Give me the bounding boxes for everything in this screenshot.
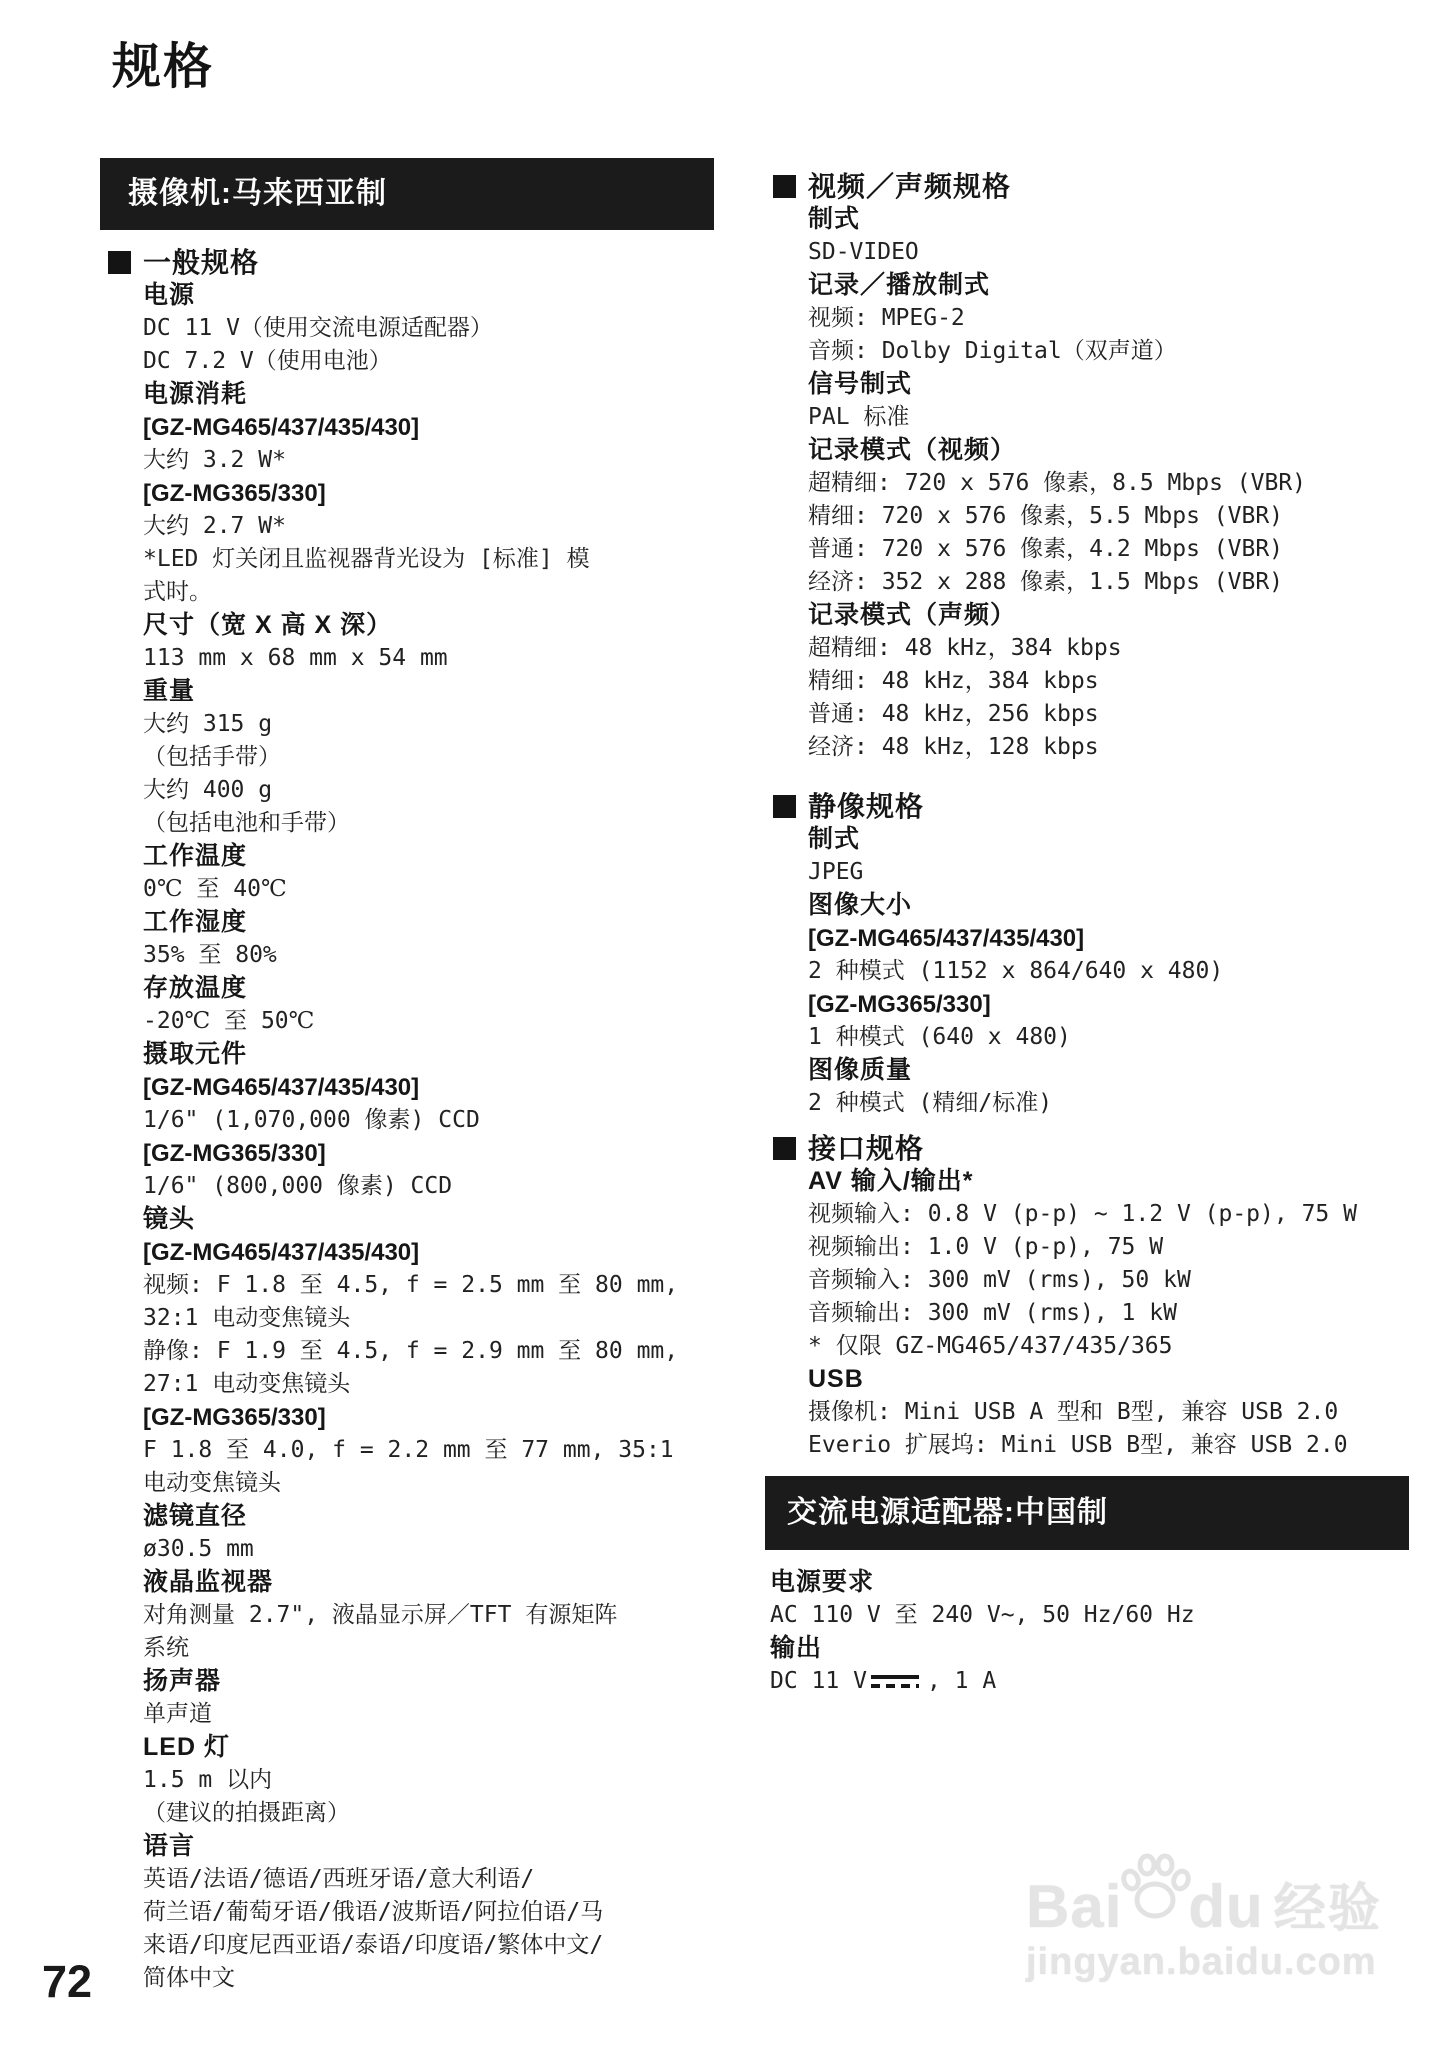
spec-value: -20℃ 至 50℃	[100, 1005, 714, 1038]
spec-value: 对角测量 2.7", 液晶显示屏／TFT 有源矩阵	[100, 1599, 714, 1632]
spec-value: 视频输入: 0.8 V (p-p) ~ 1.2 V (p-p), 75 W	[765, 1198, 1409, 1231]
spec-label: 扬声器	[100, 1665, 714, 1698]
page-title: 规格	[112, 28, 214, 98]
spec-value: ø30.5 mm	[100, 1533, 714, 1566]
page-number: 72	[42, 1956, 92, 2008]
spec-label: AV 输入/输出*	[765, 1165, 1409, 1198]
spec-value: （建议的拍摄距离）	[100, 1797, 714, 1830]
spec-value: 27:1 电动变焦镜头	[100, 1368, 714, 1401]
spec-label: 工作湿度	[100, 906, 714, 939]
spec-value: DC 11 V（使用交流电源适配器）	[100, 312, 714, 345]
spec-value: 超精细: 48 kHz，384 kbps	[765, 632, 1409, 665]
spec-value: 视频: F 1.8 至 4.5, f = 2.5 mm 至 80 mm,	[100, 1269, 714, 1302]
spec-value: 视频: MPEG-2	[765, 302, 1409, 335]
spec-value: 音频输出: 300 mV (rms), 1 kW	[765, 1297, 1409, 1330]
right-column: 视频／声频规格制式SD-VIDEO记录／播放制式视频: MPEG-2音频: Do…	[765, 170, 1409, 1698]
watermark-brand-cn: 经验	[1274, 1881, 1382, 1937]
spec-value: 视频输出: 1.0 V (p-p), 75 W	[765, 1231, 1409, 1264]
black-square-icon	[773, 1137, 796, 1160]
spec-value: 32:1 电动变焦镜头	[100, 1302, 714, 1335]
spec-value: 2 种模式 (1152 x 864/640 x 480)	[765, 955, 1409, 988]
direct-current-icon	[871, 1674, 919, 1689]
spec-value: 1/6" (800,000 像素) CCD	[100, 1170, 714, 1203]
section-header: 视频／声频规格	[765, 170, 1409, 203]
black-square-icon	[108, 251, 131, 274]
spec-value: 大约 315 g	[100, 708, 714, 741]
left-column: 摄像机:马来西亚制 一般规格电源DC 11 V（使用交流电源适配器）DC 7.2…	[100, 158, 714, 1995]
spec-label: LED 灯	[100, 1731, 714, 1764]
manual-page: 规格 摄像机:马来西亚制 一般规格电源DC 11 V（使用交流电源适配器）DC …	[0, 0, 1453, 2064]
spec-value: PAL 标准	[765, 401, 1409, 434]
spec-label: 记录模式（声频）	[765, 599, 1409, 632]
section-title: 静像规格	[808, 790, 924, 823]
spec-value: 电动变焦镜头	[100, 1467, 714, 1500]
spec-value: 35% 至 80%	[100, 939, 714, 972]
spec-value: 大约 3.2 W*	[100, 444, 714, 477]
black-square-icon	[773, 175, 796, 198]
section-title: 一般规格	[143, 246, 259, 279]
watermark-brand-left: Bai	[1026, 1877, 1122, 1937]
spec-value: 荷兰语/葡萄牙语/俄语/波斯语/阿拉伯语/马	[100, 1896, 714, 1929]
baidu-jingyan-watermark: Bai du 经验 jingyan.baidu.com	[1026, 1868, 1382, 1984]
model-name: [GZ-MG465/437/435/430]	[100, 1071, 714, 1104]
spec-value: 单声道	[100, 1698, 714, 1731]
spec-value: 普通: 720 x 576 像素，4.2 Mbps (VBR)	[765, 533, 1409, 566]
section-header: 静像规格	[765, 790, 1409, 823]
spec-label: 记录／播放制式	[765, 269, 1409, 302]
spec-label: 制式	[765, 203, 1409, 236]
spec-value: 系统	[100, 1632, 714, 1665]
spec-value: 摄像机: Mini USB A 型和 B型, 兼容 USB 2.0	[765, 1396, 1409, 1429]
spec-label: 镜头	[100, 1203, 714, 1236]
spec-label: 滤镜直径	[100, 1500, 714, 1533]
spec-label: 图像质量	[765, 1054, 1409, 1087]
spec-value: DC 7.2 V（使用电池）	[100, 345, 714, 378]
paw-print-icon	[1118, 1852, 1192, 1927]
spec-value: 113 mm x 68 mm x 54 mm	[100, 642, 714, 675]
spec-label: USB	[765, 1363, 1409, 1396]
spec-value: AC 110 V 至 240 V~, 50 Hz/60 Hz	[765, 1599, 1409, 1632]
spec-label: 电源消耗	[100, 378, 714, 411]
spec-label: 图像大小	[765, 889, 1409, 922]
spec-value: 普通: 48 kHz，256 kbps	[765, 698, 1409, 731]
spec-value: 1/6" (1,070,000 像素) CCD	[100, 1104, 714, 1137]
spec-value: 大约 400 g	[100, 774, 714, 807]
spec-value: 式时。	[100, 576, 714, 609]
spec-label: 液晶监视器	[100, 1566, 714, 1599]
camera-section-bar: 摄像机:马来西亚制	[100, 158, 714, 230]
model-name: [GZ-MG365/330]	[100, 1137, 714, 1170]
model-name: [GZ-MG465/437/435/430]	[765, 922, 1409, 955]
section-header: 接口规格	[765, 1132, 1409, 1165]
model-name: [GZ-MG465/437/435/430]	[100, 1236, 714, 1269]
spec-label: 存放温度	[100, 972, 714, 1005]
spec-value: 经济: 352 x 288 像素，1.5 Mbps (VBR)	[765, 566, 1409, 599]
spec-value: 2 种模式 (精细/标准)	[765, 1087, 1409, 1120]
spec-value: （包括电池和手带）	[100, 807, 714, 840]
model-name: [GZ-MG365/330]	[100, 1401, 714, 1434]
spec-value: 大约 2.7 W*	[100, 510, 714, 543]
spec-value: 简体中文	[100, 1962, 714, 1995]
spec-value: 1 种模式 (640 x 480)	[765, 1021, 1409, 1054]
spec-value: *LED 灯关闭且监视器背光设为 [标准] 模	[100, 543, 714, 576]
spec-value: 1.5 m 以内	[100, 1764, 714, 1797]
spec-label: 工作温度	[100, 840, 714, 873]
spec-value: 音频输入: 300 mV (rms), 50 kW	[765, 1264, 1409, 1297]
spec-label: 重量	[100, 675, 714, 708]
model-name: [GZ-MG465/437/435/430]	[100, 411, 714, 444]
model-name: [GZ-MG365/330]	[100, 477, 714, 510]
spec-value: 来语/印度尼西亚语/泰语/印度语/繁体中文/	[100, 1929, 714, 1962]
camera-spec-lines: 一般规格电源DC 11 V（使用交流电源适配器）DC 7.2 V（使用电池）电源…	[100, 246, 714, 1995]
spec-value: JPEG	[765, 856, 1409, 889]
spec-label: 信号制式	[765, 368, 1409, 401]
spec-value: Everio 扩展坞: Mini USB B型, 兼容 USB 2.0	[765, 1429, 1409, 1462]
section-title: 接口规格	[808, 1132, 924, 1165]
section-header: 一般规格	[100, 246, 714, 279]
spec-value: 精细: 720 x 576 像素，5.5 Mbps (VBR)	[765, 500, 1409, 533]
ac-adapter-spec-lines: 电源要求AC 110 V 至 240 V~, 50 Hz/60 Hz输出DC 1…	[765, 1566, 1409, 1698]
spec-label: 摄取元件	[100, 1038, 714, 1071]
av-spec-lines: 视频／声频规格制式SD-VIDEO记录／播放制式视频: MPEG-2音频: Do…	[765, 170, 1409, 1462]
spec-value: 0℃ 至 40℃	[100, 873, 714, 906]
black-square-icon	[773, 795, 796, 818]
spec-value: SD-VIDEO	[765, 236, 1409, 269]
ac-adapter-section-bar: 交流电源适配器:中国制	[765, 1476, 1409, 1550]
watermark-brand-row: Bai du 经验	[1026, 1868, 1382, 1937]
spec-value: 英语/法语/德语/西班牙语/意大利语/	[100, 1863, 714, 1896]
watermark-url: jingyan.baidu.com	[1026, 1941, 1382, 1984]
spec-value: 经济: 48 kHz，128 kbps	[765, 731, 1409, 764]
spec-label: 记录模式（视频）	[765, 434, 1409, 467]
spec-label: 电源要求	[765, 1566, 1409, 1599]
spec-value: 静像: F 1.9 至 4.5, f = 2.9 mm 至 80 mm,	[100, 1335, 714, 1368]
spec-value: F 1.8 至 4.0, f = 2.2 mm 至 77 mm, 35:1	[100, 1434, 714, 1467]
spec-value: 音频: Dolby Digital（双声道）	[765, 335, 1409, 368]
spec-value: 超精细: 720 x 576 像素，8.5 Mbps (VBR)	[765, 467, 1409, 500]
spec-label: 电源	[100, 279, 714, 312]
section-title: 视频／声频规格	[808, 170, 1011, 203]
spec-label: 制式	[765, 823, 1409, 856]
spec-label: 输出	[765, 1632, 1409, 1665]
model-name: [GZ-MG365/330]	[765, 988, 1409, 1021]
spec-value: （包括手带）	[100, 741, 714, 774]
spec-value: 精细: 48 kHz，384 kbps	[765, 665, 1409, 698]
spec-label: 尺寸（宽 X 高 X 深）	[100, 609, 714, 642]
spec-label: 语言	[100, 1830, 714, 1863]
spec-value: DC 11 V, 1 A	[765, 1665, 1409, 1698]
spec-value: * 仅限 GZ-MG465/437/435/365	[765, 1330, 1409, 1363]
watermark-brand-right: du	[1188, 1877, 1263, 1937]
